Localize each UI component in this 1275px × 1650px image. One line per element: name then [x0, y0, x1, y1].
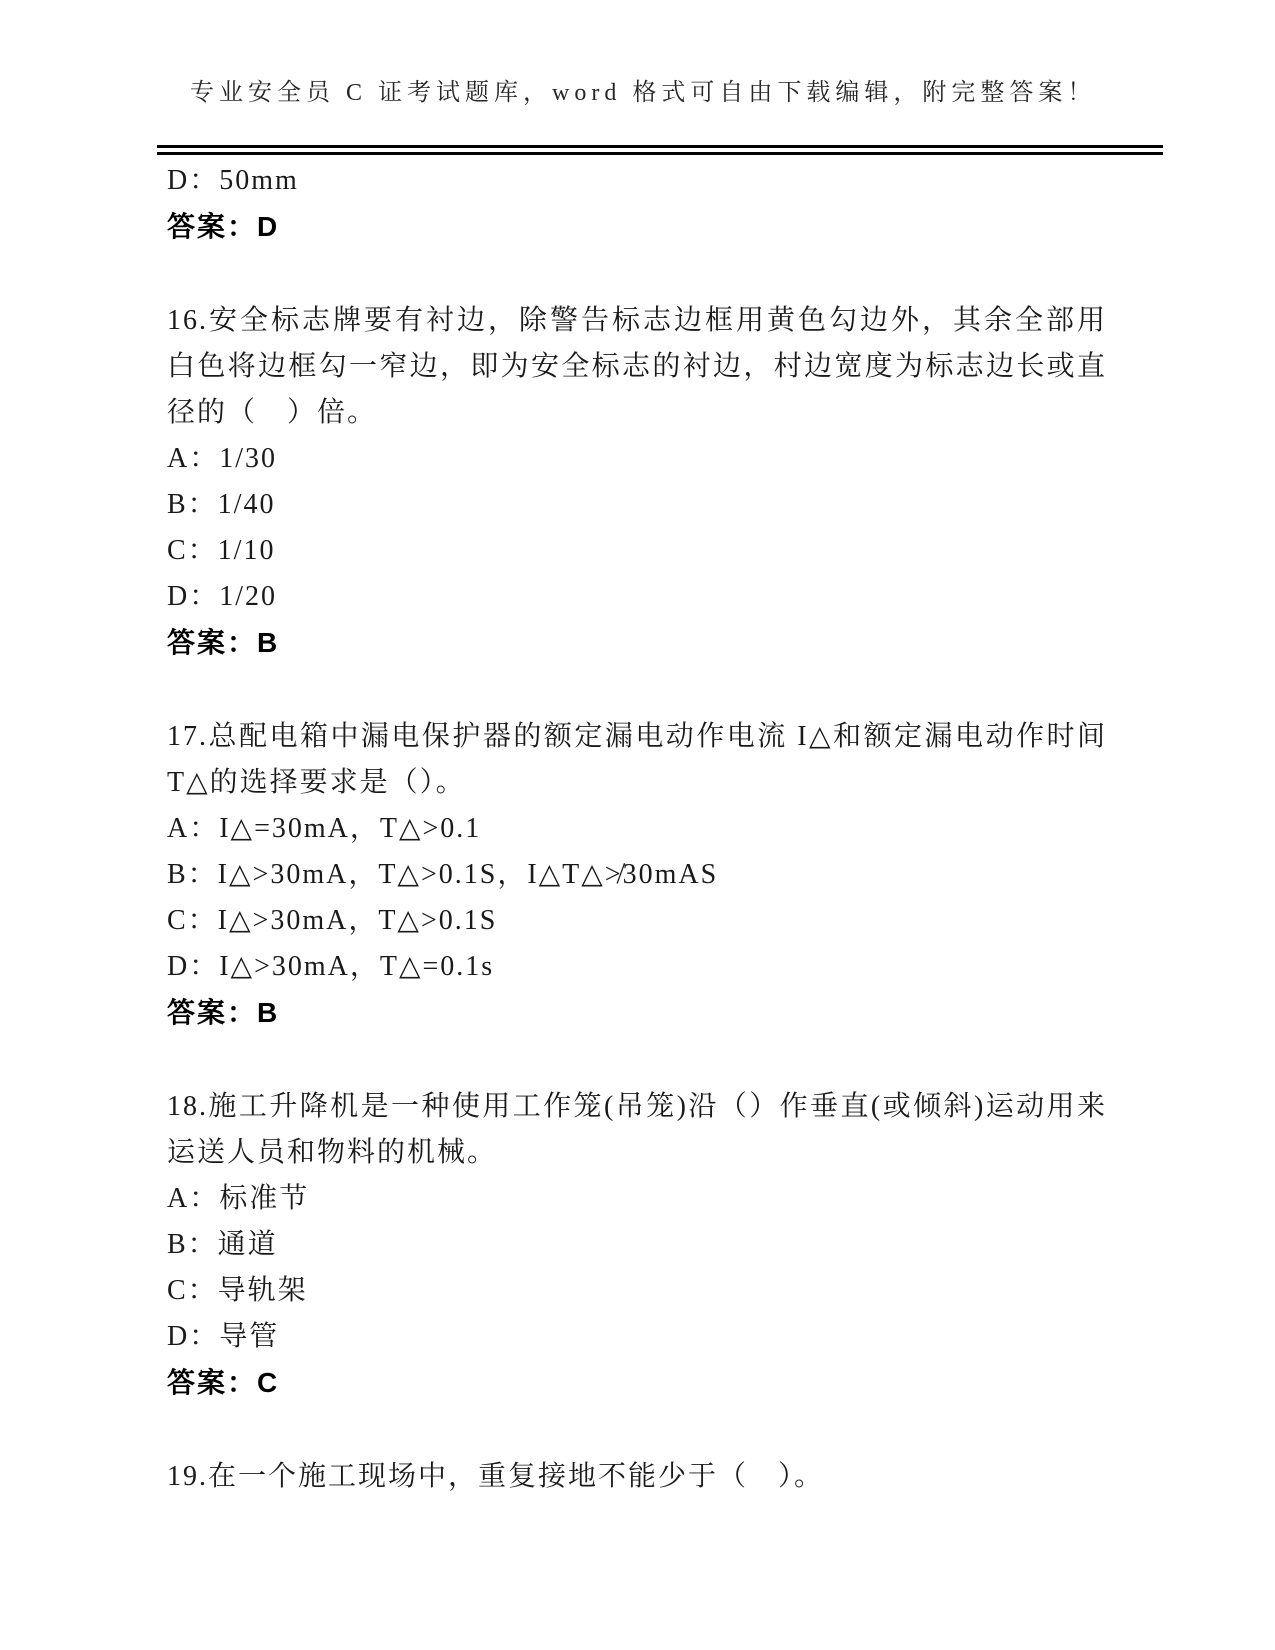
question-18-option-b: B：通道 — [167, 1222, 1107, 1268]
question-block-19: 19.在一个施工现场中，重复接地不能少于（ ）。 — [167, 1454, 1107, 1500]
question-block-17: 17.总配电箱中漏电保护器的额定漏电动作电流 I△和额定漏电动作时间 T△的选择… — [167, 714, 1107, 1036]
question-16-option-d: D：1/20 — [167, 574, 1107, 620]
question-18-answer-line: 答案：C — [167, 1360, 1107, 1406]
question-17-option-a: A：I△=30mA，T△>0.1 — [167, 806, 1107, 852]
question-16-option-a: A：1/30 — [167, 436, 1107, 482]
question-18-option-a: A：标准节 — [167, 1176, 1107, 1222]
question-17-option-b: B：I△>30mA，T△>0.1S，I△T△≯30mAS — [167, 852, 1107, 898]
question-17-option-d: D：I△>30mA，T△=0.1s — [167, 944, 1107, 990]
carryover-answer-line: 答案：D — [167, 204, 1107, 250]
question-18-option-d: D：导管 — [167, 1314, 1107, 1360]
question-16-option-b: B：1/40 — [167, 482, 1107, 528]
question-19-text: 19.在一个施工现场中，重复接地不能少于（ ）。 — [167, 1454, 1107, 1500]
question-17-text: 17.总配电箱中漏电保护器的额定漏电动作电流 I△和额定漏电动作时间 T△的选择… — [167, 714, 1107, 806]
question-18-text: 18.施工升降机是一种使用工作笼(吊笼)沿（）作垂直(或倾斜)运动用来运送人员和… — [167, 1084, 1107, 1176]
question-17-answer-line: 答案：B — [167, 990, 1107, 1036]
question-18-option-c: C：导轨架 — [167, 1268, 1107, 1314]
question-block-18: 18.施工升降机是一种使用工作笼(吊笼)沿（）作垂直(或倾斜)运动用来运送人员和… — [167, 1084, 1107, 1406]
page-header-title: 专业安全员 C 证考试题库，word 格式可自由下载编辑，附完整答案！ — [190, 72, 1096, 107]
question-17-option-c: C：I△>30mA，T△>0.1S — [167, 898, 1107, 944]
question-16-text: 16.安全标志牌要有衬边，除警告标志边框用黄色勾边外，其余全部用白色将边框勾一窄… — [167, 298, 1107, 436]
header-double-rule — [157, 145, 1163, 155]
carryover-option-d: D：50mm — [167, 158, 1107, 204]
carryover-question-block: D：50mm 答案：D — [167, 158, 1107, 250]
document-body: D：50mm 答案：D 16.安全标志牌要有衬边，除警告标志边框用黄色勾边外，其… — [167, 158, 1107, 1500]
document-page: 专业安全员 C 证考试题库，word 格式可自由下载编辑，附完整答案！ D：50… — [0, 0, 1275, 1650]
question-16-option-c: C：1/10 — [167, 528, 1107, 574]
question-16-answer-line: 答案：B — [167, 620, 1107, 666]
question-block-16: 16.安全标志牌要有衬边，除警告标志边框用黄色勾边外，其余全部用白色将边框勾一窄… — [167, 298, 1107, 666]
